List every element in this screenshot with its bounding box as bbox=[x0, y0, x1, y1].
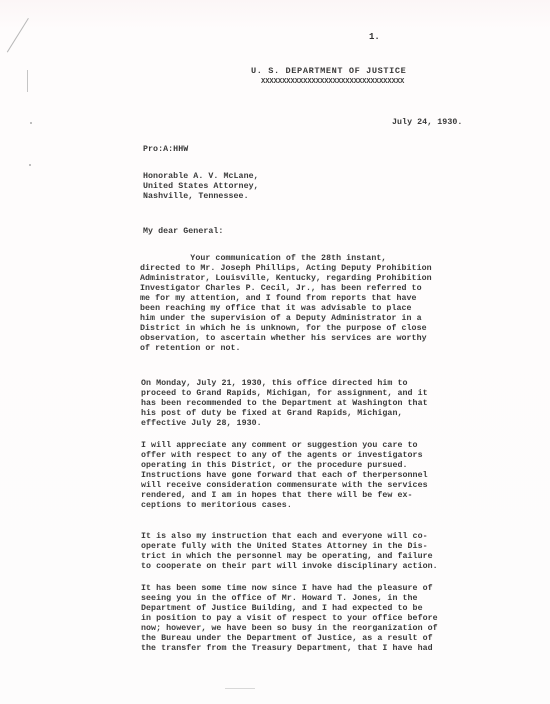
salutation: My dear General: bbox=[143, 227, 223, 237]
text-line: Administrator, Louisville, Kentucky, reg… bbox=[140, 274, 460, 284]
text-line: operate fully with the United States Att… bbox=[141, 542, 461, 552]
text-line: the transfer from the Treasury Departmen… bbox=[141, 644, 461, 654]
page-number: 1. bbox=[369, 32, 380, 42]
text-line: his post of duty be fixed at Grand Rapid… bbox=[141, 409, 461, 419]
text-line: Department of Justice Building, and I ha… bbox=[141, 604, 461, 614]
bottom-smudge bbox=[225, 688, 255, 689]
text-line: Instructions have gone forward that each… bbox=[141, 471, 461, 481]
text-line: in position to pay a visit of respect to… bbox=[141, 614, 461, 624]
text-line: observation, to ascertain whether his se… bbox=[140, 334, 460, 344]
letterhead-strikeout: XXXXXXXXXXXXXXXXXXXXXXXXXXXXXXXXXX bbox=[261, 77, 404, 87]
text-line: him under the supervision of a Deputy Ad… bbox=[140, 314, 460, 324]
letter-date: July 24, 1930. bbox=[392, 118, 462, 128]
paragraph-2: On Monday, July 21, 1930, this office di… bbox=[141, 379, 461, 429]
text-line: the Bureau under the Department of Justi… bbox=[141, 634, 461, 644]
text-line: ceptions to meritorious cases. bbox=[141, 501, 461, 511]
text-line: District in which he is unknown, for the… bbox=[140, 324, 460, 334]
text-line: I will appreciate any comment or suggest… bbox=[141, 441, 461, 451]
text-line: Your communication of the 28th instant, bbox=[140, 254, 460, 264]
text-line: me for my attention, and I found from re… bbox=[140, 294, 460, 304]
text-line: operating in this District, or the proce… bbox=[141, 461, 461, 471]
letterhead-department: U. S. DEPARTMENT OF JUSTICE bbox=[251, 66, 406, 76]
text-line: proceed to Grand Rapids, Michigan, for a… bbox=[141, 389, 461, 399]
paragraph-4: It is also my instruction that each and … bbox=[141, 532, 461, 572]
letter-page: 1. U. S. DEPARTMENT OF JUSTICE XXXXXXXXX… bbox=[0, 0, 550, 704]
addressee-line: Honorable A. V. McLane, bbox=[143, 172, 259, 182]
text-line: seeing you in the office of Mr. Howard T… bbox=[141, 594, 461, 604]
text-line: effective July 28, 1930. bbox=[141, 419, 461, 429]
text-line: It has been some time now since I have h… bbox=[141, 584, 461, 594]
text-line: now; however, we have been so busy in th… bbox=[141, 624, 461, 634]
text-line: will receive consideration commensurate … bbox=[141, 481, 461, 491]
margin-mark bbox=[27, 70, 28, 92]
paragraph-5: It has been some time now since I have h… bbox=[141, 584, 461, 654]
margin-speck bbox=[29, 164, 31, 166]
text-line: rendered, and I am in hopes that there w… bbox=[141, 491, 461, 501]
text-line: directed to Mr. Joseph Phillips, Acting … bbox=[140, 264, 460, 274]
addressee-line: Nashville, Tennessee. bbox=[143, 192, 249, 202]
text-line: has been recommended to the Department a… bbox=[141, 399, 461, 409]
paragraph-1: Your communication of the 28th instant, … bbox=[140, 254, 460, 354]
text-line: to cooperate on their part will invoke d… bbox=[141, 562, 461, 572]
text-line: Investigator Charles P. Cecil, Jr., has … bbox=[140, 284, 460, 294]
text-line: It is also my instruction that each and … bbox=[141, 532, 461, 542]
pencil-mark bbox=[7, 18, 29, 52]
addressee-line: United States Attorney, bbox=[143, 182, 259, 192]
paragraph-3: I will appreciate any comment or suggest… bbox=[141, 441, 461, 511]
text-line: of retention or not. bbox=[140, 344, 460, 354]
margin-speck bbox=[30, 122, 32, 124]
text-line: On Monday, July 21, 1930, this office di… bbox=[141, 379, 461, 389]
text-line: been reaching my office that it was advi… bbox=[140, 304, 460, 314]
text-line: offer with respect to any of the agents … bbox=[141, 451, 461, 461]
text-line: trict in which the personnel may be oper… bbox=[141, 552, 461, 562]
reference-code: Pro:A:HHW bbox=[143, 145, 188, 155]
